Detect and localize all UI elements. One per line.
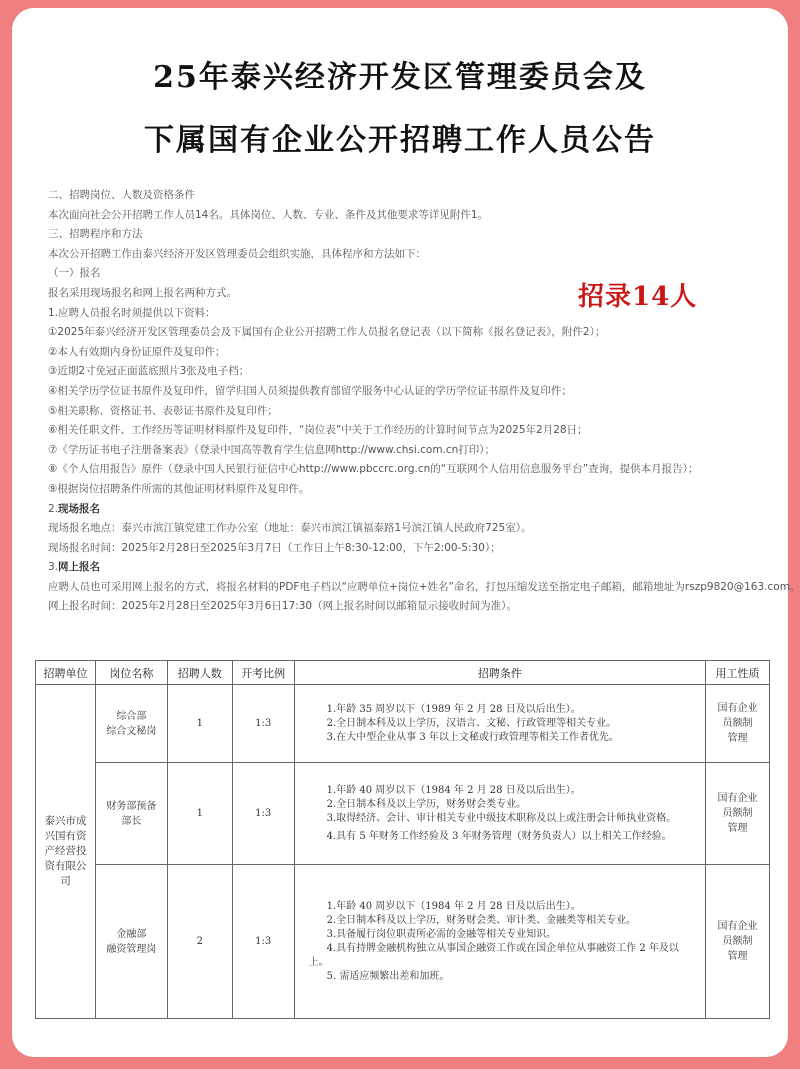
nature-cell: 国有企业 员额制 管理 [706,763,770,865]
section2-heading: 二、招聘岗位、人数及资格条件 [48,186,778,206]
position-dept: 金融部 [96,927,167,942]
nature-line: 管理 [706,821,769,836]
header-ratio: 开考比例 [232,661,294,685]
sub1-heading: （一）报名 [48,264,778,284]
position-title: 综合文秘岗 [96,724,167,739]
condition-item: 2.全日制本科及以上学历，财务财会类、审计类、金融类等相关专业。 [309,914,697,928]
material-item: ③近期2寸免冠正面蓝底照片3张及电子档； [48,362,778,382]
material-item: ⑨根据岗位招聘条件所需的其他证明材料原件及复印件。 [48,480,778,500]
ratio-cell: 1:3 [232,763,294,865]
conditions-cell: 1.年龄 40 周岁以下（1984 年 2 月 28 日及以后出生）。 2.全日… [294,865,705,1019]
material-item: ②本人有效期内身份证原件及复印件； [48,343,778,363]
count-cell: 1 [167,763,232,865]
position-title: 部长 [96,814,167,829]
position-dept: 综合部 [96,709,167,724]
nature-line: 员额制 [706,806,769,821]
section3-heading: 三、招聘程序和方法 [48,225,778,245]
nature-line: 员额制 [706,716,769,731]
nature-line: 管理 [706,949,769,964]
nature-line: 国有企业 [706,919,769,934]
material-item: ⑦《学历证书电子注册备案表》（登录中国高等教育学生信息网http://www.c… [48,441,778,461]
conditions-cell: 1.年龄 35 周岁以下（1989 年 2 月 28 日及以后出生）。 2.全日… [294,685,705,763]
section3-text: 本次公开招聘工作由泰兴经济开发区管理委员会组织实施，具体程序和方法如下： [48,245,778,265]
nature-cell: 国有企业 员额制 管理 [706,865,770,1019]
position-cell: 金融部 融资管理岗 [95,865,167,1019]
online-number: 3. [48,561,58,573]
onsite-heading-text: 现场报名 [58,503,100,515]
nature-line: 管理 [706,731,769,746]
onsite-time: 现场报名时间：2025年2月28日至2025年3月7日（工作日上午8:30-12… [48,539,778,559]
condition-item: 3.具备履行岗位职责所必需的金融等相关专业知识。 [309,928,697,942]
header-conditions: 招聘条件 [294,661,705,685]
online-method: 应聘人员也可采用网上报名的方式，将报名材料的PDF电子档以“应聘单位+岗位+姓名… [48,578,778,598]
onsite-heading: 2.现场报名 [48,500,778,520]
table-row: 泰兴市成兴国有资产经营投资有限公司 综合部 综合文秘岗 1 1:3 1.年龄 3… [36,685,770,763]
condition-item: 5. 需适应频繁出差和加班。 [309,970,697,984]
unit-cell: 泰兴市成兴国有资产经营投资有限公司 [36,685,96,1019]
header-position: 岗位名称 [95,661,167,685]
nature-line: 国有企业 [706,701,769,716]
condition-item: 4.具有 5 年财务工作经验及 3 年财务管理（财务负责人）以上相关工作经验。 [309,830,697,844]
condition-item: 1.年龄 35 周岁以下（1989 年 2 月 28 日及以后出生）。 [309,703,697,717]
count-cell: 1 [167,685,232,763]
material-item: ④相关学历学位证书原件及复印件，留学归国人员须提供教育部留学服务中心认证的学历学… [48,382,778,402]
material-item: ⑥相关任职文件、工作经历等证明材料原件及复印件，“岗位表”中关于工作经历的计算时… [48,421,778,441]
onsite-location: 现场报名地点：泰兴市滨江镇党建工作办公室（地址：泰兴市滨江镇福泰路1号滨江镇人民… [48,519,778,539]
condition-item: 2.全日制本科及以上学历，财务财会类专业。 [309,798,697,812]
nature-line: 国有企业 [706,791,769,806]
materials-heading: 1.应聘人员报名时须提供以下资料： [48,304,778,324]
condition-item: 1.年龄 40 周岁以下（1984 年 2 月 28 日及以后出生）。 [309,784,697,798]
header-count: 招聘人数 [167,661,232,685]
count-cell: 2 [167,865,232,1019]
position-cell: 财务部预备 部长 [95,763,167,865]
sub1-text: 报名采用现场报名和网上报名两种方式。 [48,284,778,304]
material-item: ①2025年泰兴经济开发区管理委员会及下属国有企业公开招聘工作人员报名登记表（以… [48,323,778,343]
header-unit: 招聘单位 [36,661,96,685]
material-item: ⑧《个人信用报告》原件（登录中国人民银行征信中心http://www.pbccr… [48,460,778,480]
table-header-row: 招聘单位 岗位名称 招聘人数 开考比例 招聘条件 用工性质 [36,661,770,685]
material-item: ⑤相关职称、资格证书、表彰证书原件及复印件； [48,402,778,422]
position-cell: 综合部 综合文秘岗 [95,685,167,763]
condition-item: 4.具有持牌金融机构独立从事国企融资工作或在国企单位从事融资工作 2 年及以上。 [309,942,697,970]
position-dept: 财务部预备 [96,799,167,814]
condition-item: 3.取得经济、会计、审计相关专业中级技术职称及以上或注册会计师执业资格。 [309,812,697,826]
ratio-cell: 1:3 [232,865,294,1019]
condition-item: 1.年龄 40 周岁以下（1984 年 2 月 28 日及以后出生）。 [309,900,697,914]
nature-cell: 国有企业 员额制 管理 [706,685,770,763]
position-title: 融资管理岗 [96,942,167,957]
online-heading-text: 网上报名 [58,561,100,573]
table-row: 金融部 融资管理岗 2 1:3 1.年龄 40 周岁以下（1984 年 2 月 … [36,865,770,1019]
page-title-line2: 下属国有企业公开招聘工作人员公告 [0,115,800,159]
online-time: 网上报名时间：2025年2月28日至2025年3月6日17:30（网上报名时间以… [48,597,778,617]
table-row: 财务部预备 部长 1 1:3 1.年龄 40 周岁以下（1984 年 2 月 2… [36,763,770,865]
header-nature: 用工性质 [706,661,770,685]
condition-item: 3.在大中型企业从事 3 年以上文秘或行政管理等相关工作者优先。 [309,731,697,745]
page-title-line1: 25年泰兴经济开发区管理委员会及 [0,52,800,96]
ratio-cell: 1:3 [232,685,294,763]
online-heading: 3.网上报名 [48,558,778,578]
recruitment-table: 招聘单位 岗位名称 招聘人数 开考比例 招聘条件 用工性质 泰兴市成兴国有资产经… [35,660,770,1019]
nature-line: 员额制 [706,934,769,949]
section2-text: 本次面向社会公开招聘工作人员14名。具体岗位、人数、专业、条件及其他要求等详见附… [48,206,778,226]
announcement-body: 二、招聘岗位、人数及资格条件 本次面向社会公开招聘工作人员14名。具体岗位、人数… [48,186,778,617]
condition-item: 2.全日制本科及以上学历，汉语言、文秘、行政管理等相关专业。 [309,717,697,731]
onsite-number: 2. [48,503,58,515]
conditions-cell: 1.年龄 40 周岁以下（1984 年 2 月 28 日及以后出生）。 2.全日… [294,763,705,865]
